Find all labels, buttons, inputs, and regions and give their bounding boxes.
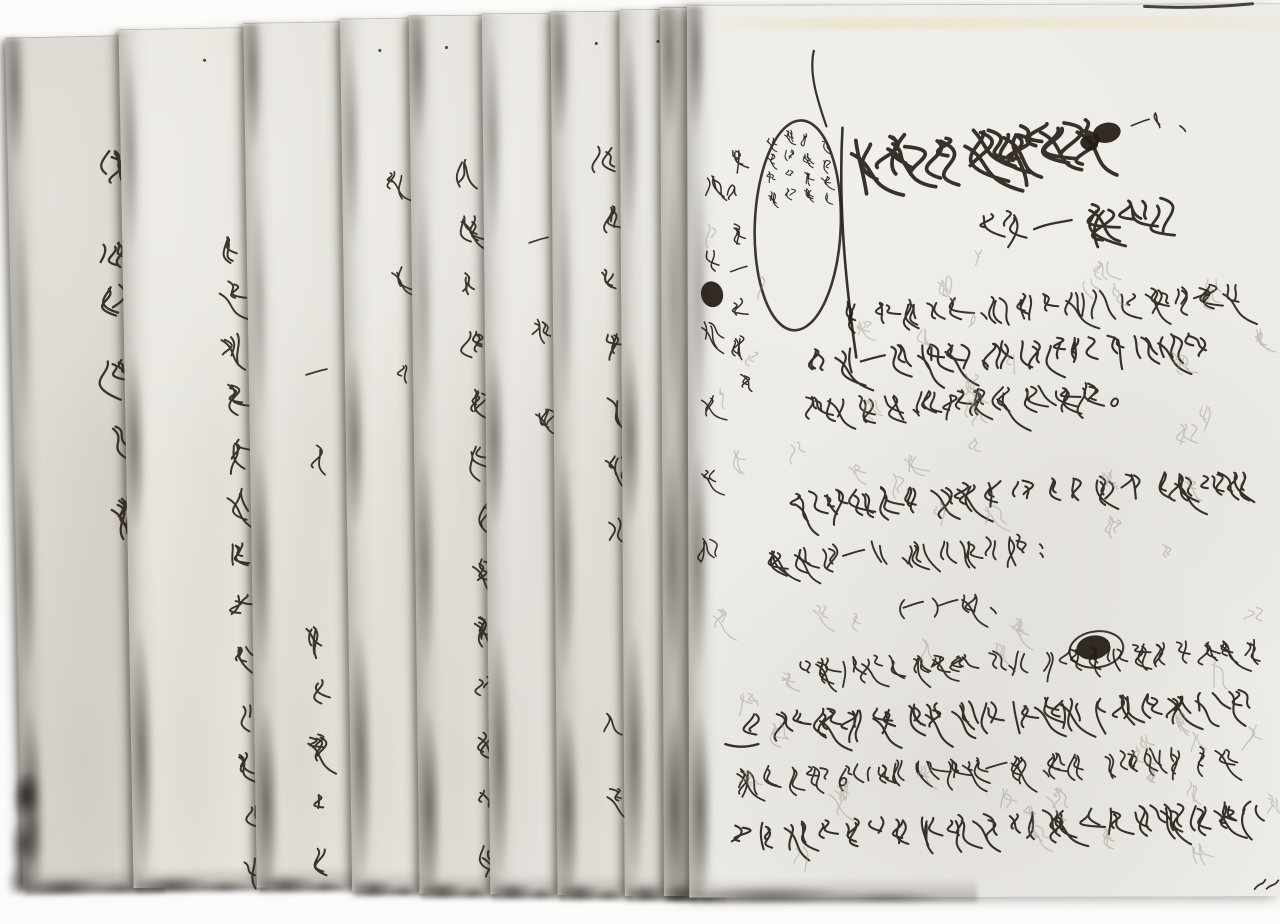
ink-line bbox=[743, 689, 1251, 756]
ink-line bbox=[1087, 197, 1176, 248]
ink-line bbox=[850, 118, 1117, 204]
ink-line bbox=[820, 141, 835, 205]
ink-stroke bbox=[725, 743, 758, 747]
ink-line bbox=[846, 282, 1257, 343]
ink-stroke bbox=[812, 50, 827, 126]
ink-line bbox=[1130, 111, 1185, 136]
ink-line bbox=[306, 369, 331, 475]
ink-blot bbox=[698, 279, 726, 310]
ink-stroke bbox=[839, 128, 856, 358]
ink-line bbox=[805, 381, 1119, 441]
ink-line bbox=[979, 210, 1027, 249]
ink-line bbox=[727, 151, 753, 392]
top-manuscript-page bbox=[687, 3, 1280, 898]
ink-line bbox=[801, 133, 815, 202]
ink-line bbox=[899, 594, 996, 632]
ink-line bbox=[800, 638, 1260, 693]
ink-line bbox=[808, 330, 1207, 394]
ink-line bbox=[731, 800, 1265, 865]
manuscript-photo bbox=[0, 0, 1280, 924]
ink-line bbox=[766, 138, 779, 208]
circled-annotation-outline bbox=[751, 119, 844, 332]
ink-line bbox=[783, 130, 797, 200]
ink-stroke bbox=[1254, 879, 1278, 889]
handwriting-ink bbox=[687, 4, 1280, 898]
ink-line bbox=[768, 533, 1044, 586]
ink-line bbox=[790, 468, 1255, 537]
ink-stroke bbox=[1034, 220, 1072, 229]
ink-line bbox=[737, 744, 1242, 805]
ink-line bbox=[698, 176, 727, 562]
ink-line bbox=[304, 626, 340, 875]
ink-stroke bbox=[1145, 3, 1253, 9]
